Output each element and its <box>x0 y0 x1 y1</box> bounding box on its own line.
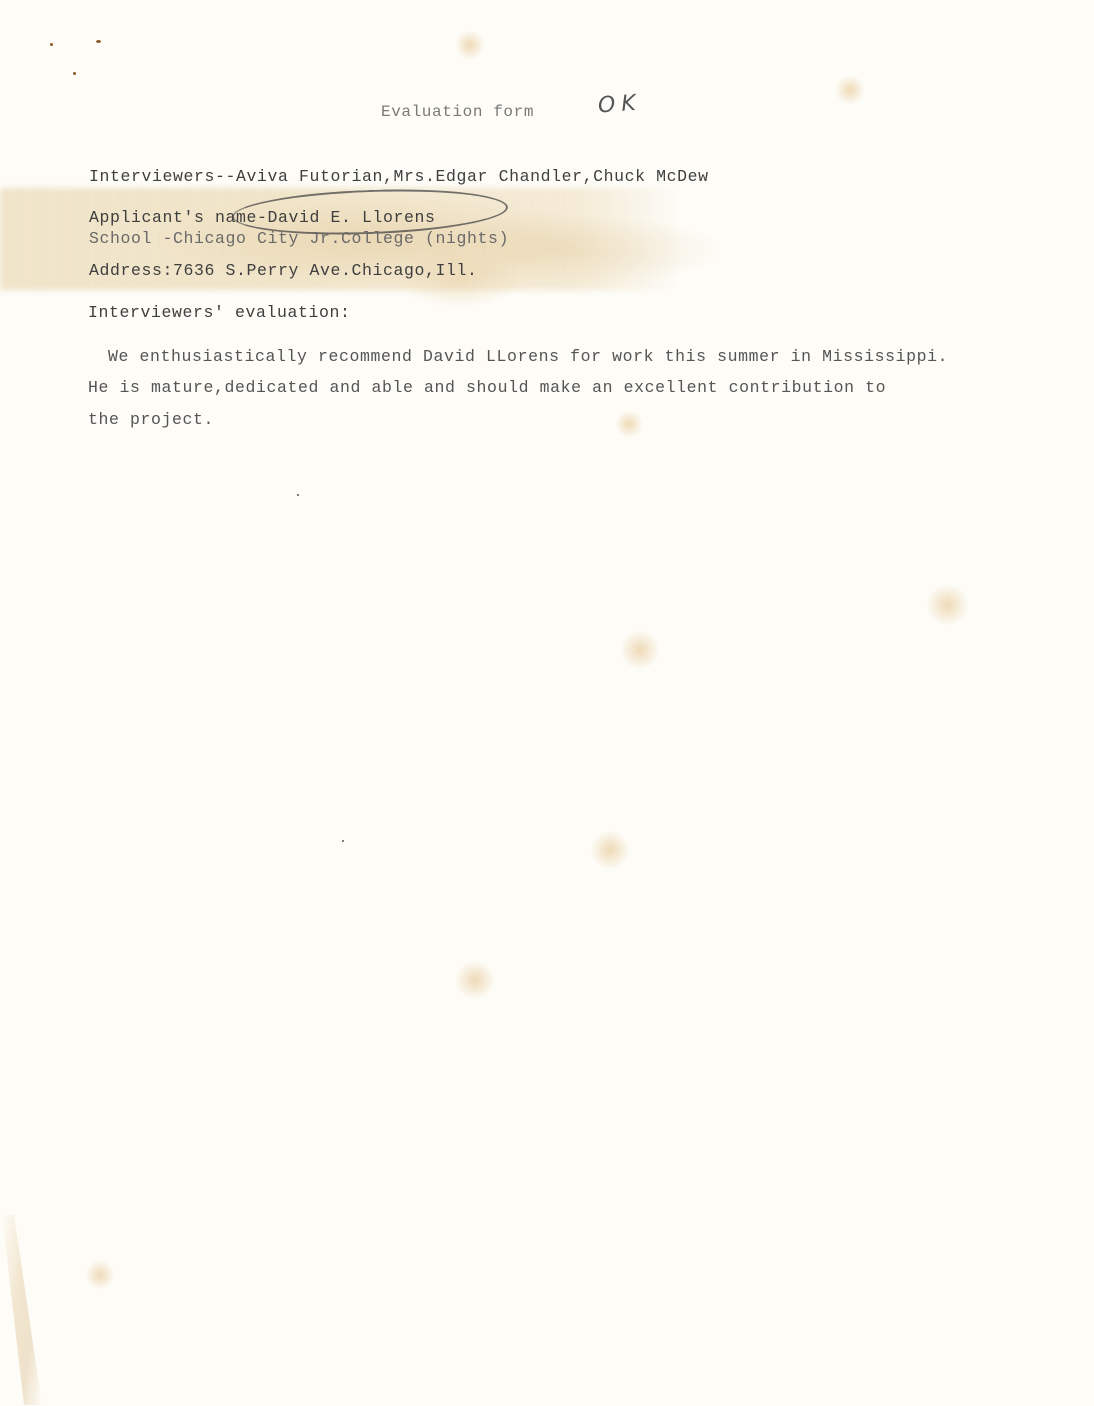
applicant-name-field: Applicant's name-David E. Llorens <box>89 208 436 227</box>
dust-mark <box>96 40 101 43</box>
stain-spot <box>455 30 485 60</box>
folded-corner <box>2 1215 42 1405</box>
dust-mark <box>50 43 53 46</box>
document-page: Evaluation form OK Interviewers--Aviva F… <box>0 0 1094 1406</box>
dust-mark <box>73 72 76 75</box>
handwritten-ok-mark: OK <box>597 91 642 119</box>
evaluation-line: We enthusiastically recommend David LLor… <box>108 347 948 366</box>
evaluation-line: the project. <box>88 410 214 429</box>
stain-spot <box>615 410 643 438</box>
stain-spot <box>455 960 495 1000</box>
school-field: School -Chicago City Jr.College (nights) <box>89 229 509 248</box>
dust-mark <box>342 840 344 842</box>
address-field: Address:7636 S.Perry Ave.Chicago,Ill. <box>89 261 478 280</box>
document-title: Evaluation form <box>381 103 534 121</box>
stain-spot <box>590 830 630 870</box>
stain-spot <box>925 585 970 625</box>
evaluation-line: He is mature,dedicated and able and shou… <box>88 378 886 397</box>
stain-spot <box>835 75 865 105</box>
stain-spot <box>85 1260 115 1290</box>
stain-spot <box>620 630 660 670</box>
interviewers-field: Interviewers--Aviva Futorian,Mrs.Edgar C… <box>89 167 709 186</box>
evaluation-heading: Interviewers' evaluation: <box>88 303 351 322</box>
dust-mark <box>297 494 299 496</box>
